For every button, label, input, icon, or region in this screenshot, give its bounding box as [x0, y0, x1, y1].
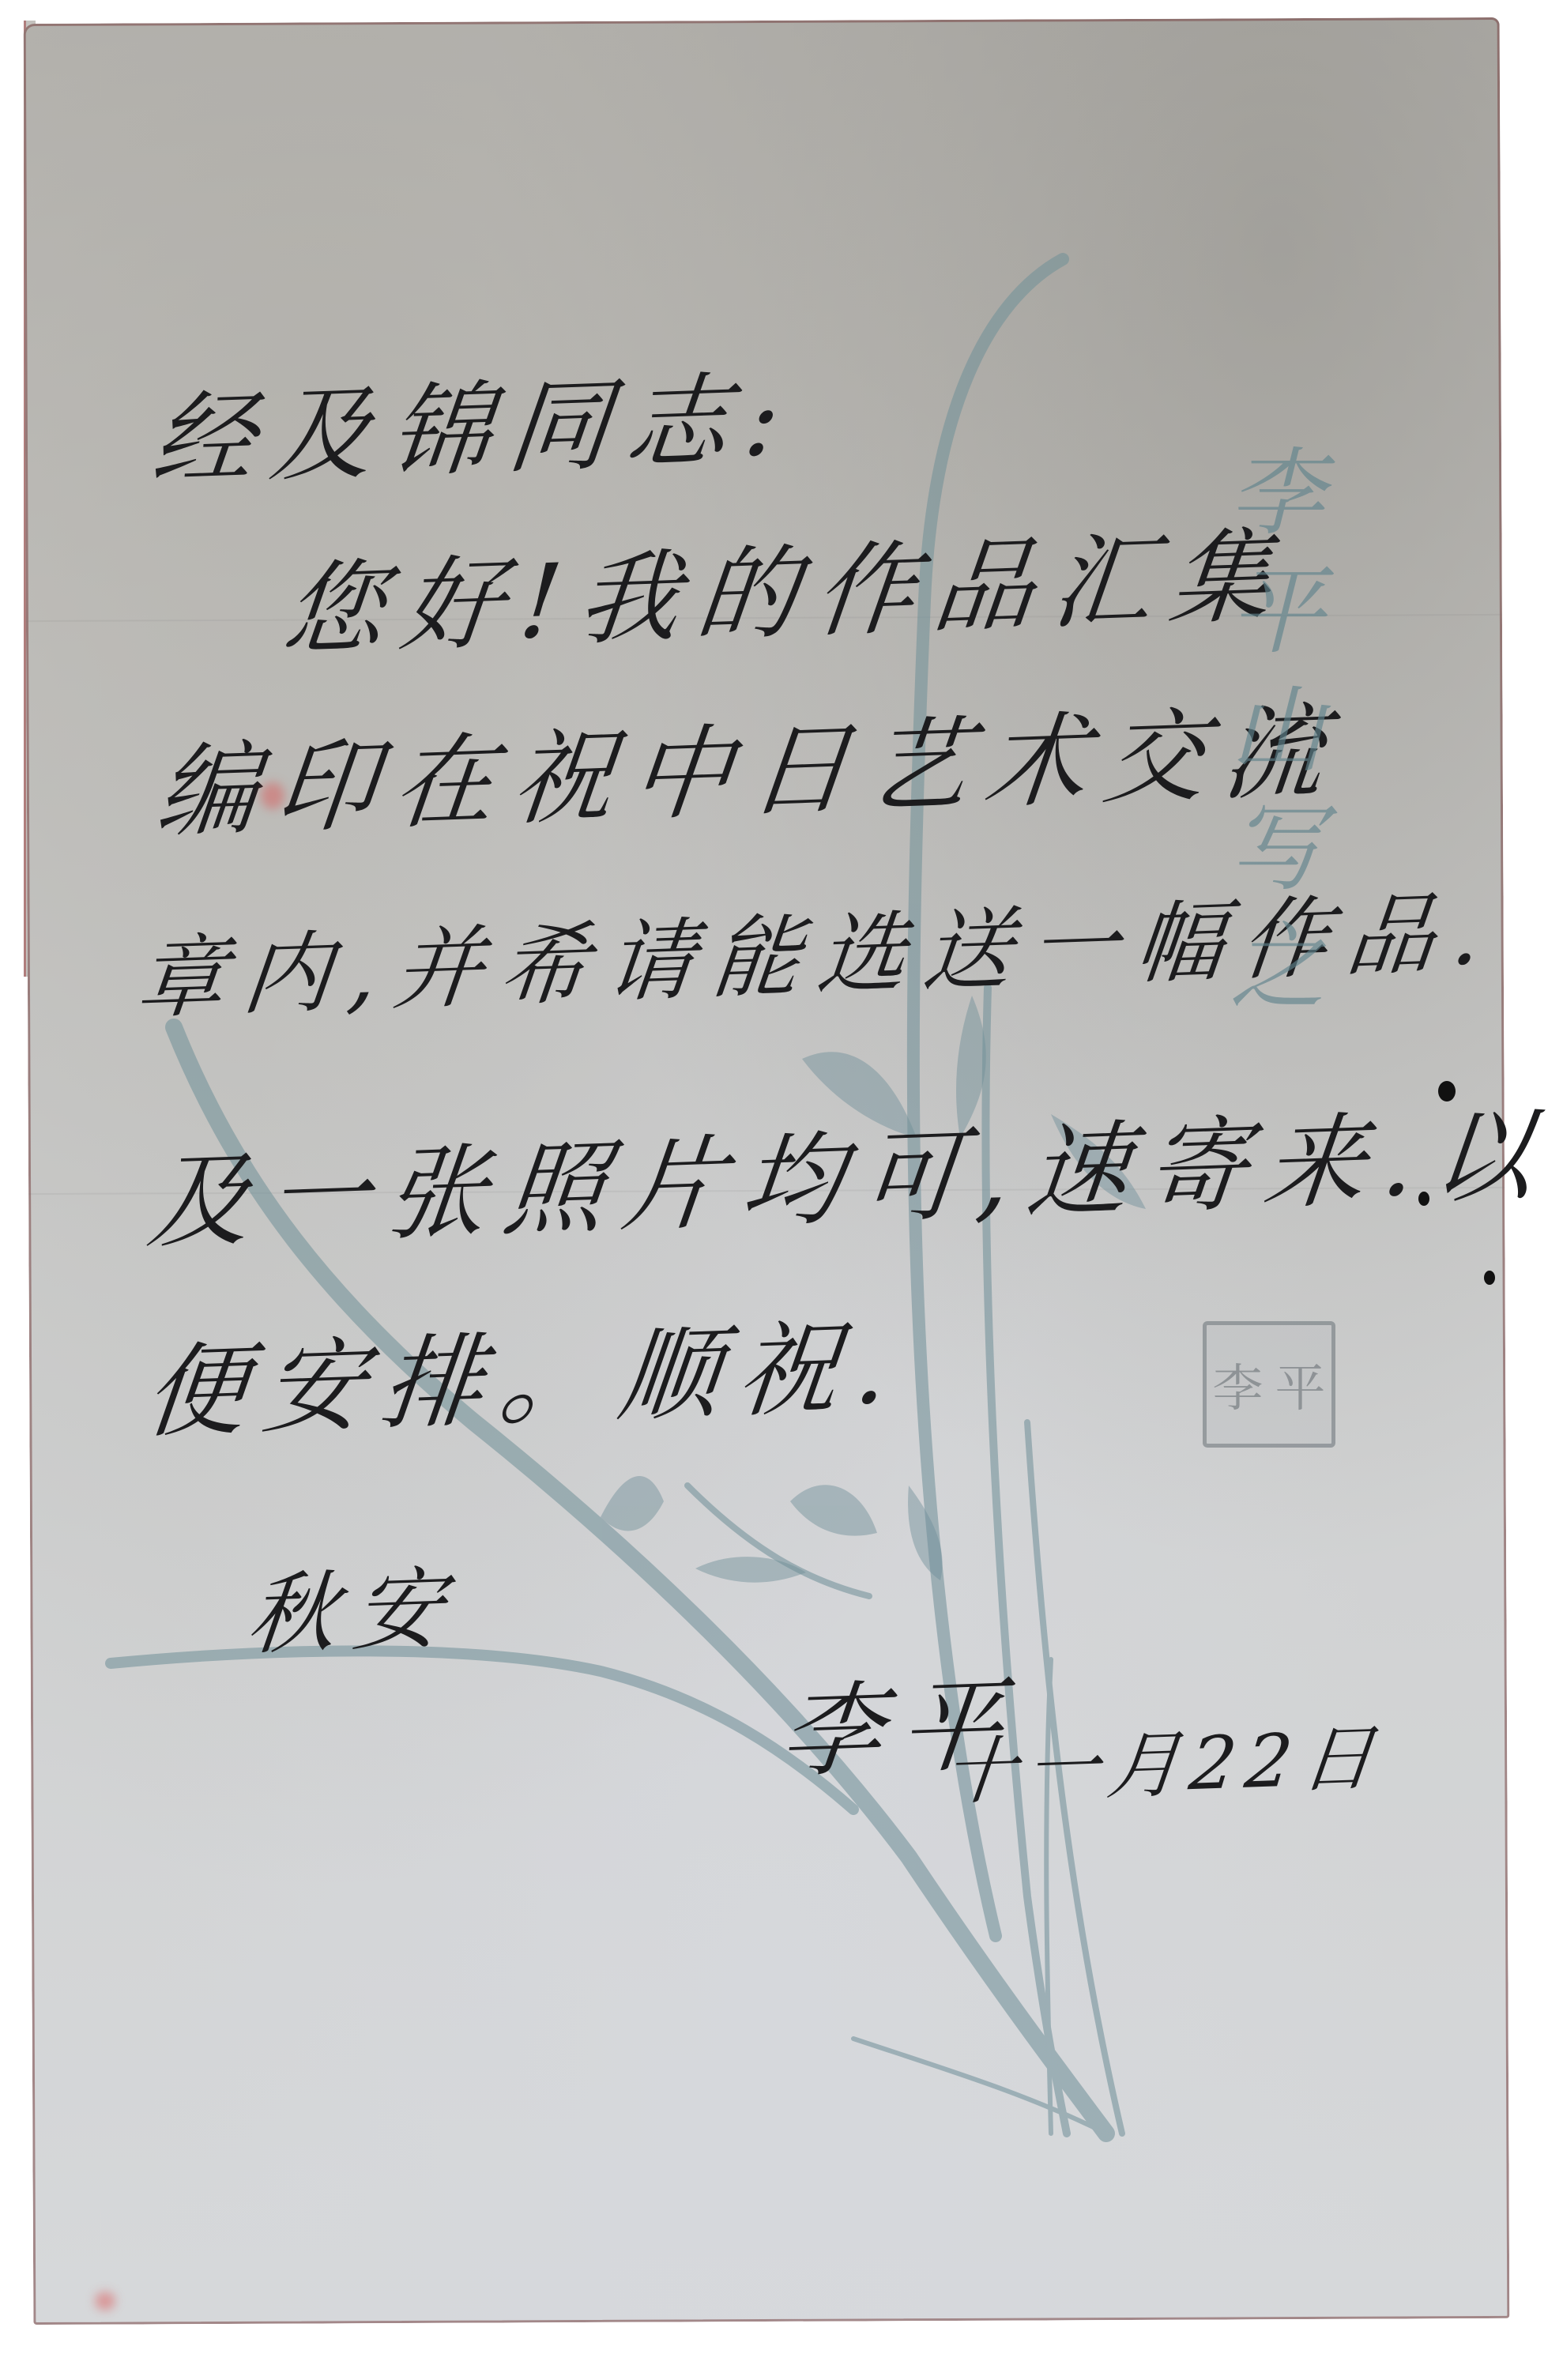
closing: 秋安 [243, 1537, 468, 1672]
date: 十一月22日 [939, 1699, 1390, 1819]
ink-dot [1418, 1192, 1429, 1206]
salutation: 经及锦同志: [146, 337, 805, 505]
painting-inscription: 李平山写之 [1221, 442, 1316, 1035]
seal-stamp: 李 平 [1203, 1321, 1335, 1448]
red-smudge [95, 2292, 115, 2310]
red-smudge [261, 782, 284, 809]
ink-dot [1484, 1271, 1495, 1285]
seal-char: 李 [1213, 1348, 1264, 1421]
ink-dot [1438, 1081, 1456, 1102]
body-line-5: 便安排。顺祝. [138, 1285, 914, 1457]
seal-char: 平 [1275, 1348, 1326, 1421]
